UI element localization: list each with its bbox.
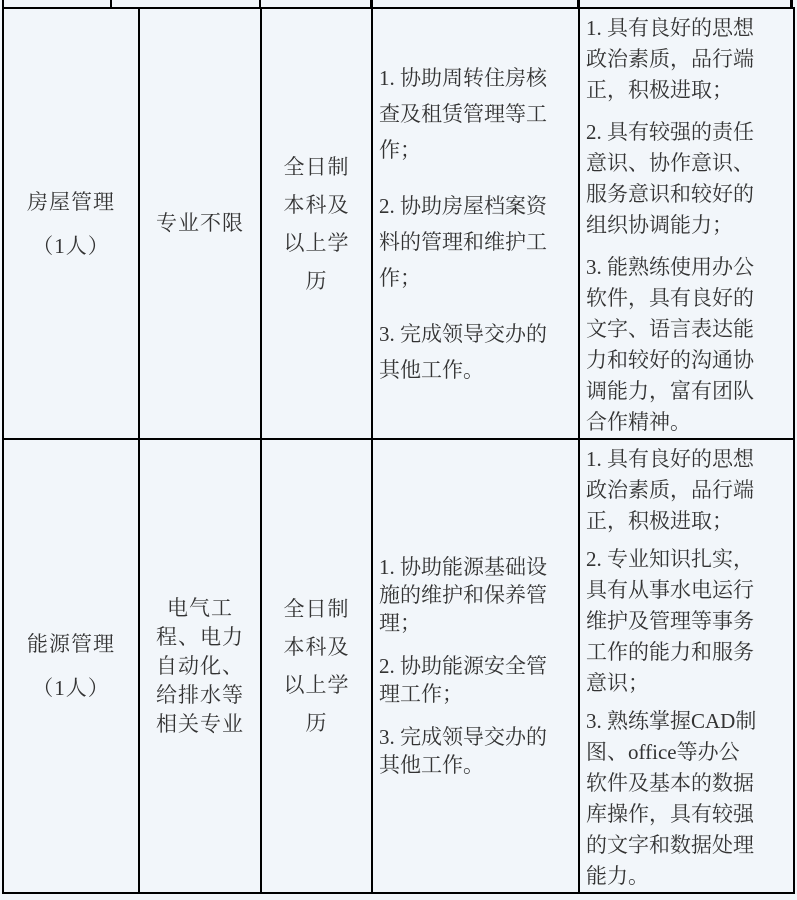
cell-education-requirement: 全日制 本科及 以上学 历 (261, 8, 372, 439)
table-border-segment (577, 0, 580, 7)
position-name-text: 能源管理 （1人） (27, 622, 115, 710)
table-row-housing-management: 房屋管理 （1人） 专业不限 全日制 本科及 以上学 历 1. 协助周转住房核 … (3, 8, 794, 439)
duty-item-1: 1. 协助周转住房核 查及租赁管理等工 作； (379, 60, 547, 168)
document-page: 房屋管理 （1人） 专业不限 全日制 本科及 以上学 历 1. 协助周转住房核 … (0, 0, 797, 900)
cell-major-requirement: 专业不限 (139, 8, 261, 439)
qualification-item-2: 2. 专业知识扎实， 具有从事水电运行 维护及管理等事务 工作的能力和服务 意识… (586, 544, 754, 699)
cell-job-duties: 1. 协助能源基础设 施的维护和保养管 理； 2. 协助能源安全管 理工作； 3… (372, 439, 579, 893)
cell-position-name: 能源管理 （1人） (3, 439, 139, 893)
duty-item-2: 2. 协助房屋档案资 料的管理和维护工 作； (379, 188, 547, 296)
cell-major-requirement: 电气工 程、电力 自动化、 给排水等 相关专业 (139, 439, 261, 893)
cell-education-requirement: 全日制 本科及 以上学 历 (261, 439, 372, 893)
education-requirement-text: 全日制 本科及 以上学 历 (284, 148, 350, 300)
job-positions-table: 房屋管理 （1人） 专业不限 全日制 本科及 以上学 历 1. 协助周转住房核 … (2, 7, 795, 894)
cell-job-duties: 1. 协助周转住房核 查及租赁管理等工 作； 2. 协助房屋档案资 料的管理和维… (372, 8, 579, 439)
table-border-segment (2, 0, 4, 7)
major-requirement-text: 专业不限 (156, 209, 244, 238)
cell-qualifications: 1. 具有良好的思想 政治素质，品行端 正，积极进取； 2. 专业知识扎实， 具… (579, 439, 794, 893)
major-requirement-text: 电气工 程、电力 自动化、 给排水等 相关专业 (156, 594, 244, 739)
table-row-energy-management: 能源管理 （1人） 电气工 程、电力 自动化、 给排水等 相关专业 全日制 本科… (3, 439, 794, 893)
table-border-segment (110, 0, 112, 7)
table-border-segment (790, 0, 793, 7)
duty-item-2: 2. 协助能源安全管 理工作； (379, 652, 547, 708)
cell-qualifications: 1. 具有良好的思想 政治素质，品行端 正，积极进取； 2. 具有较强的责任 意… (579, 8, 794, 439)
duty-item-3: 3. 完成领导交办的 其他工作。 (379, 316, 547, 388)
qualification-item-3: 3. 熟练掌握CAD制 图、office等办公 软件及基本的数据 库操作，具有较… (586, 706, 756, 892)
qualification-item-3: 3. 能熟练使用办公 软件，具有良好的 文字、语言表达能 力和较好的沟通协 调能… (586, 252, 754, 438)
table-border-segment (259, 0, 261, 7)
duty-item-1: 1. 协助能源基础设 施的维护和保养管 理； (379, 553, 547, 637)
table-border-segment (370, 0, 373, 7)
qualification-item-1: 1. 具有良好的思想 政治素质，品行端 正，积极进取； (586, 13, 754, 106)
qualification-item-2: 2. 具有较强的责任 意识、协作意识、 服务意识和较好的 组织协调能力； (586, 117, 754, 241)
position-name-text: 房屋管理 （1人） (27, 180, 115, 268)
qualification-item-1: 1. 具有良好的思想 政治素质，品行端 正，积极进取； (586, 444, 754, 537)
education-requirement-text: 全日制 本科及 以上学 历 (284, 590, 350, 742)
cell-position-name: 房屋管理 （1人） (3, 8, 139, 439)
duty-item-3: 3. 完成领导交办的 其他工作。 (379, 723, 547, 779)
clipped-row-above (0, 0, 797, 7)
